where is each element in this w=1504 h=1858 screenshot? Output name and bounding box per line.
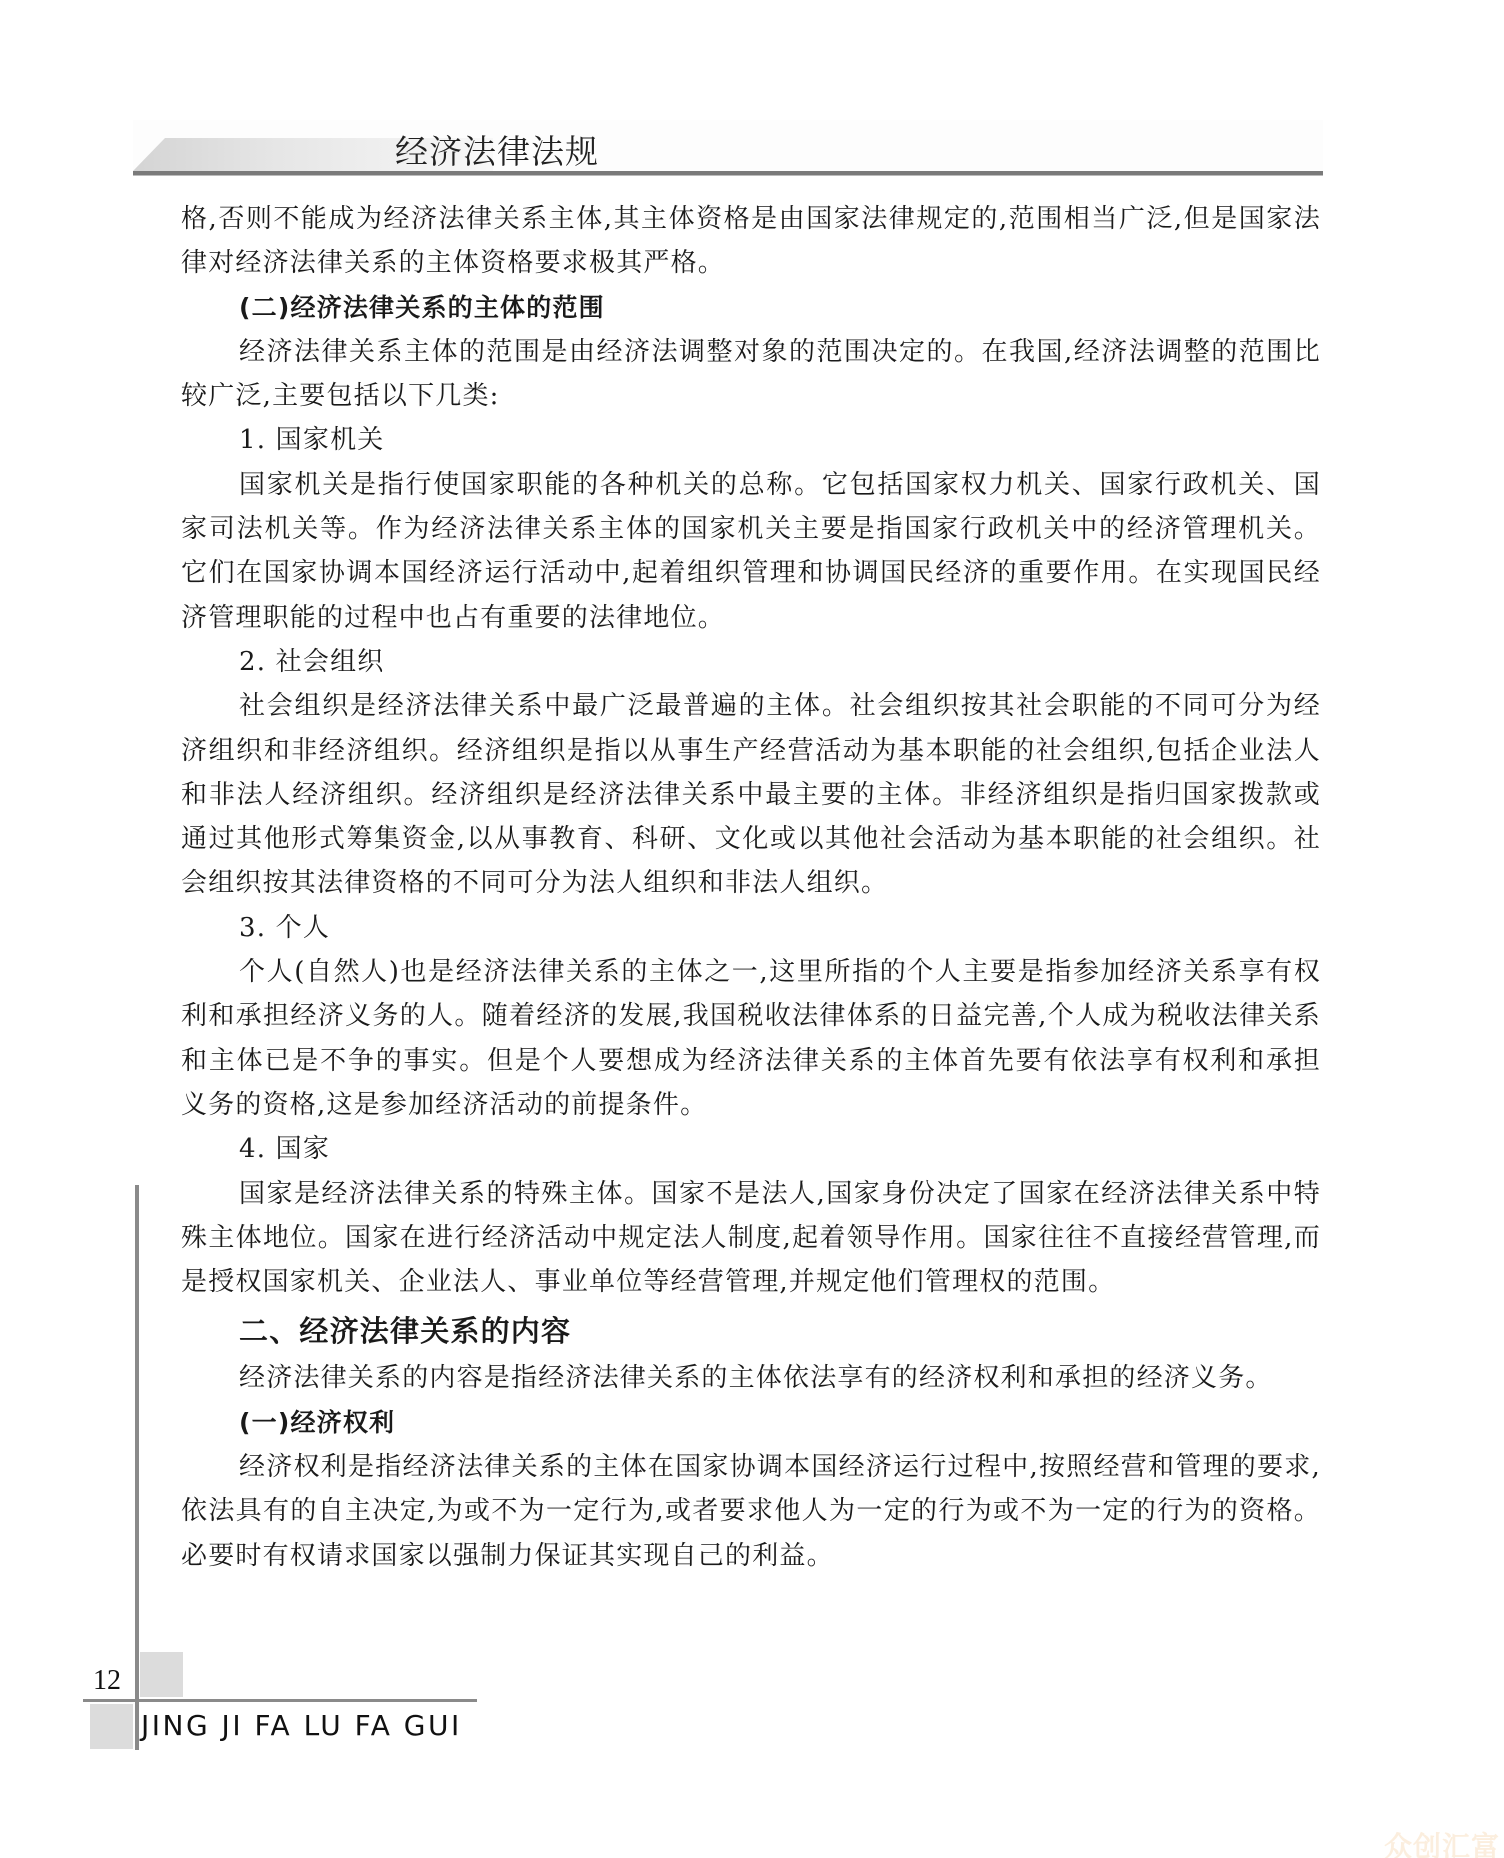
header-rule xyxy=(133,171,1323,176)
item-title-state-organs: 1. 国家机关 xyxy=(181,418,1321,462)
page-body: 格,否则不能成为经济法律关系主体,其主体资格是由国家法律规定的,范围相当广泛,但… xyxy=(181,197,1321,1578)
item-title-state: 4. 国家 xyxy=(181,1127,1321,1171)
paragraph-individuals: 个人(自然人)也是经济法律关系的主体之一,这里所指的个人主要是指参加经济关系享有… xyxy=(181,950,1321,1127)
paragraph-state-organs: 国家机关是指行使国家职能的各种机关的总称。它包括国家权力机关、国家行政机关、国家… xyxy=(181,463,1321,640)
page-number: 12 xyxy=(93,1666,121,1696)
decorative-gray-square xyxy=(90,1704,133,1749)
decorative-gray-square xyxy=(140,1652,183,1697)
section-heading-content: 二、经济法律关系的内容 xyxy=(181,1306,1321,1356)
item-title-social-organizations: 2. 社会组织 xyxy=(181,640,1321,684)
paragraph-social-organizations: 社会组织是经济法律关系中最广泛最普遍的主体。社会组织按其社会职能的不同可分为经济… xyxy=(181,684,1321,905)
watermark: 众创汇富 xyxy=(1384,1825,1500,1858)
footer-horizontal-rule xyxy=(83,1699,477,1702)
item-title-individuals: 3. 个人 xyxy=(181,906,1321,950)
subsection-heading-scope: (二)经济法律关系的主体的范围 xyxy=(181,286,1321,330)
paragraph-state: 国家是经济法律关系的特殊主体。国家不是法人,国家身份决定了国家在经济法律关系中特… xyxy=(181,1172,1321,1305)
paragraph-content-intro: 经济法律关系的内容是指经济法律关系的主体依法享有的经济权利和承担的经济义务。 xyxy=(181,1356,1321,1400)
running-header-title: 经济法律法规 xyxy=(395,132,599,172)
paragraph-continuation: 格,否则不能成为经济法律关系主体,其主体资格是由国家法律规定的,范围相当广泛,但… xyxy=(181,197,1321,286)
paragraph-economic-rights: 经济权利是指经济法律关系的主体在国家协调本国经济运行过程中,按照经营和管理的要求… xyxy=(181,1445,1321,1578)
paragraph-scope-intro: 经济法律关系主体的范围是由经济法调整对象的范围决定的。在我国,经济法调整的范围比… xyxy=(181,330,1321,419)
running-footer-title: JING JI FA LU FA GUI xyxy=(141,1709,462,1743)
margin-vertical-rule xyxy=(135,1185,139,1750)
subsection-heading-economic-rights: (一)经济权利 xyxy=(181,1401,1321,1445)
